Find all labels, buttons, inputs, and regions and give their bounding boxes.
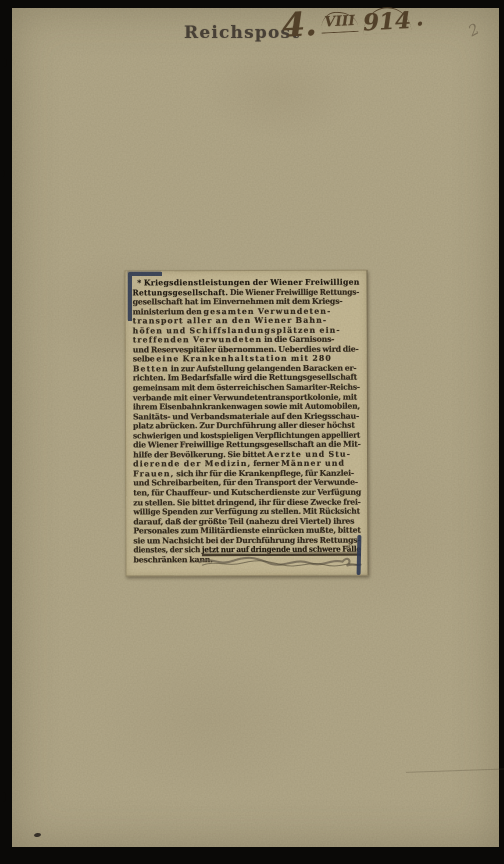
date-year: 914 [362, 5, 411, 33]
frame-nub [498, 0, 504, 8]
clipping-segment: Aerzte und Stu- [267, 449, 351, 458]
clipping-segment: schwierigen und kostspieligen Verpflicht… [133, 430, 360, 440]
clipping-segment: Die Wiener Freiwillige Rettungs- [228, 287, 359, 296]
clipping-segment: richten. Im Bedarfsfalle wird die Rettun… [133, 373, 357, 383]
clipping-segment: sich ihr für die Krankenpflege, für Kanz… [174, 469, 354, 479]
clipping-segment: selbe [133, 355, 157, 364]
paper-crease [406, 768, 504, 773]
clipping-segment: darauf, daß der größte Teil (nahezu drei… [133, 516, 354, 526]
photo-frame: Reichspost 4. VIII 914 . 2 * Kriegsdiens… [0, 0, 504, 864]
clipping-segment: Personales zum Militärdienste einrücken … [133, 526, 360, 536]
blue-corner-mark [128, 272, 162, 321]
clipping-segment: sie um Nachsicht bei der Durchführung ih… [133, 535, 360, 545]
ink-speck [34, 833, 41, 838]
clipping-segment: eine Krankenhaltstation mit 280 [156, 354, 332, 364]
clipping-segment: in die Garnisons- [262, 335, 334, 344]
clipping-line: gemeinsam mit dem österreichischen Samar… [133, 383, 353, 393]
frame-nub [0, 792, 6, 802]
clipping-segment: gesamten Verwundeten- [204, 306, 332, 315]
clipping-segment: zu stellen. Sie bittet dringend, ihr für… [133, 497, 360, 507]
clipping-segment: ihrem Eisenbahnkrankenwagen sowie mit Au… [133, 402, 360, 412]
clipping-segment: Sanitäts- und Verbandsmateriale auf den … [133, 411, 359, 421]
clipping-segment: in zur Aufstellung gelangenden Baracken … [169, 364, 357, 374]
clipping-segment: Betten [133, 364, 169, 373]
scanned-page: Reichspost 4. VIII 914 . 2 * Kriegsdiens… [12, 8, 499, 847]
clipping-segment: dierende der Medizin, [133, 459, 251, 468]
clipping-segment: höfen und Schiffslandungsplätzen ein- [133, 325, 341, 335]
frame-nub [0, 58, 7, 67]
handwritten-date: 4. VIII 914 . [281, 1, 424, 41]
date-period: . [415, 5, 424, 31]
handwritten-page-number: 2 [465, 20, 482, 40]
date-month-roman: VIII [321, 11, 359, 34]
blue-margin-mark [357, 535, 362, 575]
clipping-segment: hilfe der Bevölkerung. Sie bittet [133, 450, 267, 459]
clipping-segment: und Reservespitäler übernommen. Ueberdie… [133, 344, 359, 354]
frame-nub [0, 170, 5, 177]
clipping-text: * Kriegsdienstleistungen der Wiener Frei… [132, 278, 360, 565]
clipping-segment: willige Spenden zur Verfügung zu stellen… [133, 507, 360, 517]
clipping-segment: die Wiener Freiwillige Rettungsgesellsch… [133, 440, 361, 450]
clipping-segment: * Kriegsdienstleistungen der Wiener Frei… [132, 278, 359, 288]
clipping-segment: und Schreibarbeiten, für den Transport d… [133, 478, 358, 488]
clipping-segment: gemeinsam mit dem österreichischen Samar… [133, 383, 360, 393]
clipping-segment: treffenden Verwundeten [133, 335, 263, 344]
clipping-line: Rettungsgesellschaft. Die Wiener Freiwil… [133, 287, 350, 297]
clipping-segment: verbande mit einer Verwundetentransportk… [133, 392, 357, 402]
clipping-segment: platz abrücken. Zur Durchführung aller d… [133, 421, 355, 431]
clipping-segment: ten, für Chauffeur- und Kutscherdienste … [133, 488, 361, 498]
clipping-segment: Frauen, [133, 469, 174, 478]
clipping-line: ihrem Eisenbahnkrankenwagen sowie mit Au… [133, 402, 355, 412]
clipping-segment: dienstes, der sich [133, 545, 202, 554]
clipping-line: willige Spenden zur Verfügung zu stellen… [133, 507, 355, 517]
clipping-segment: ferner [251, 459, 281, 468]
clipping-segment: Männer und [281, 459, 345, 468]
pencil-scribble [196, 553, 364, 572]
clipping-line: schwierigen und kostspieligen Verpflicht… [133, 430, 350, 440]
clipping-segment: gesellschaft hat im Einvernehmen mit dem… [133, 297, 343, 307]
date-day: 4. [281, 7, 317, 42]
